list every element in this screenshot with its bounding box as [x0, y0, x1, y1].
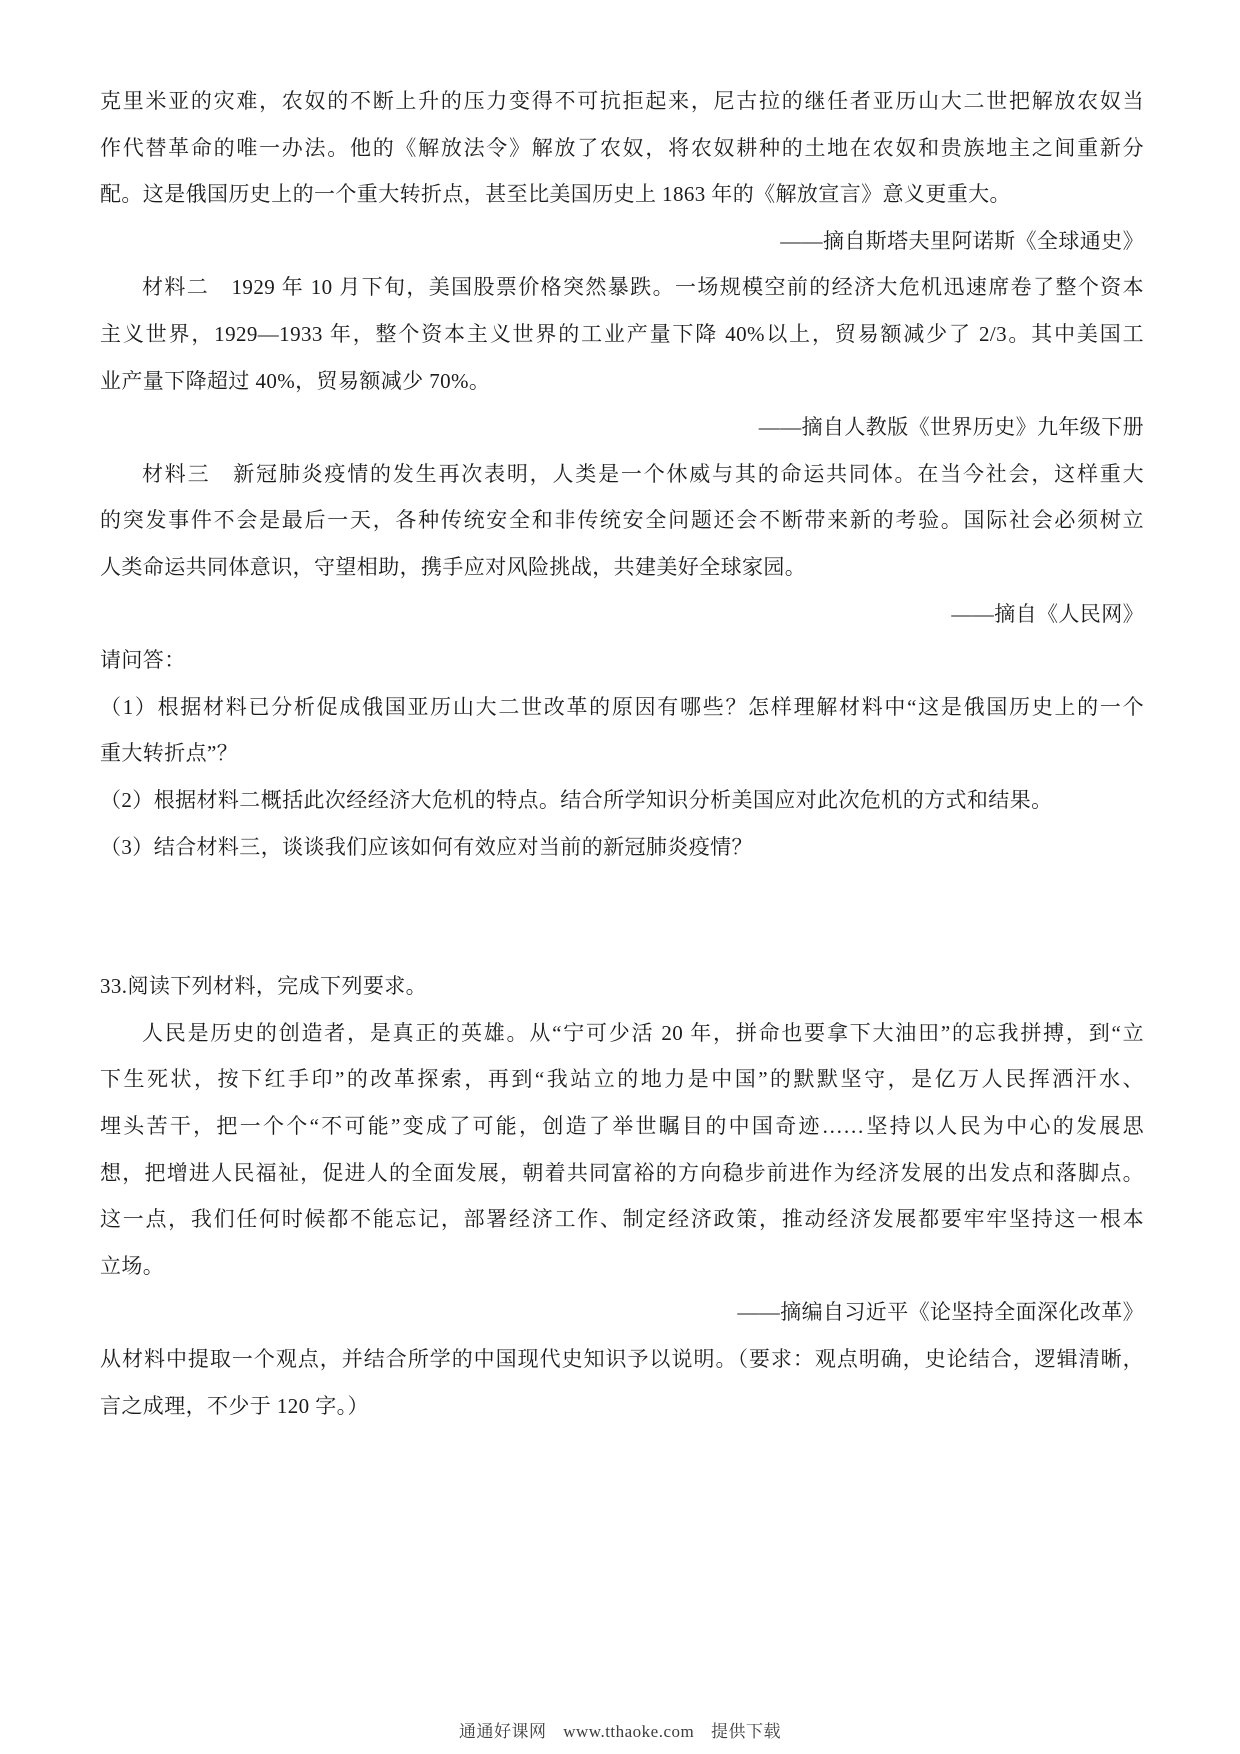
text-line: 克里米亚的灾难，农奴的不断上升的压力变得不可抗拒起来，尼古拉的继任者亚历山大二世… — [100, 78, 1144, 125]
blank-line — [100, 917, 1144, 964]
document-body: 克里米亚的灾难，农奴的不断上升的压力变得不可抗拒起来，尼古拉的继任者亚历山大二世… — [100, 78, 1144, 1429]
footer-site-name: 通通好课网 — [453, 1722, 553, 1741]
document-page: 克里米亚的灾难，农奴的不断上升的压力变得不可抗拒起来，尼古拉的继任者亚历山大二世… — [0, 0, 1240, 1754]
footer: 通通好课网 www.tthaoke.com 提供下载 — [0, 1717, 1240, 1742]
footer-download-note: 提供下载 — [705, 1722, 787, 1741]
text-line: 埋头苦干，把一个个“不可能”变成了可能，创造了举世瞩目的中国奇迹……坚持以人民为… — [100, 1103, 1144, 1150]
text-line: 配。这是俄国历史上的一个重大转折点，甚至比美国历史上 1863 年的《解放宣言》… — [100, 171, 1144, 218]
text-line: ——摘自《人民网》 — [100, 591, 1144, 638]
text-line: 作代替革命的唯一办法。他的《解放法令》解放了农奴，将农奴耕种的土地在农奴和贵族地… — [100, 125, 1144, 172]
text-line: 的突发事件不会是最后一天，各种传统安全和非传统安全问题还会不断带来新的考验。国际… — [100, 497, 1144, 544]
text-line: 请问答： — [100, 637, 1144, 684]
text-line: 立场。 — [100, 1243, 1144, 1290]
text-line: 这一点，我们任何时候都不能忘记，部署经济工作、制定经济政策，推动经济发展都要牢牢… — [100, 1196, 1144, 1243]
text-line: （3）结合材料三，谈谈我们应该如何有效应对当前的新冠肺炎疫情？ — [100, 824, 1144, 871]
blank-line — [100, 870, 1144, 917]
text-line: 33.阅读下列材料，完成下列要求。 — [100, 963, 1144, 1010]
text-line: 从材料中提取一个观点，并结合所学的中国现代史知识予以说明。（要求：观点明确，史论… — [100, 1336, 1144, 1383]
text-line: 业产量下降超过 40%，贸易额减少 70%。 — [100, 358, 1144, 405]
text-line: 材料三 新冠肺炎疫情的发生再次表明，人类是一个休威与其的命运共同体。在当今社会，… — [100, 451, 1144, 498]
text-line: ——摘编自习近平《论坚持全面深化改革》 — [100, 1289, 1144, 1336]
text-line: ——摘自人教版《世界历史》九年级下册 — [100, 404, 1144, 451]
text-line: 人类命运共同体意识，守望相助，携手应对风险挑战，共建美好全球家园。 — [100, 544, 1144, 591]
text-line: 重大转折点”？ — [100, 730, 1144, 777]
text-line: 想，把增进人民福祉，促进人的全面发展，朝着共同富裕的方向稳步前进作为经济发展的出… — [100, 1150, 1144, 1197]
text-line: （1）根据材料已分析促成俄国亚历山大二世改革的原因有哪些？怎样理解材料中“这是俄… — [100, 684, 1144, 731]
text-line: （2）根据材料二概括此次经经济大危机的特点。结合所学知识分析美国应对此次危机的方… — [100, 777, 1144, 824]
text-line: 人民是历史的创造者，是真正的英雄。从“宁可少活 20 年，拼命也要拿下大油田”的… — [100, 1010, 1144, 1057]
text-line: ——摘自斯塔夫里阿诺斯《全球通史》 — [100, 218, 1144, 265]
text-line: 主义世界，1929—1933 年，整个资本主义世界的工业产量下降 40%以上，贸… — [100, 311, 1144, 358]
text-line: 下生死状，按下红手印”的改革探索，再到“我站立的地力是中国”的默默坚守，是亿万人… — [100, 1056, 1144, 1103]
text-line: 言之成理，不少于 120 字。） — [100, 1383, 1144, 1430]
footer-url: www.tthaoke.com — [557, 1722, 700, 1741]
text-line: 材料二 1929 年 10 月下旬，美国股票价格突然暴跌。一场规模空前的经济大危… — [100, 264, 1144, 311]
